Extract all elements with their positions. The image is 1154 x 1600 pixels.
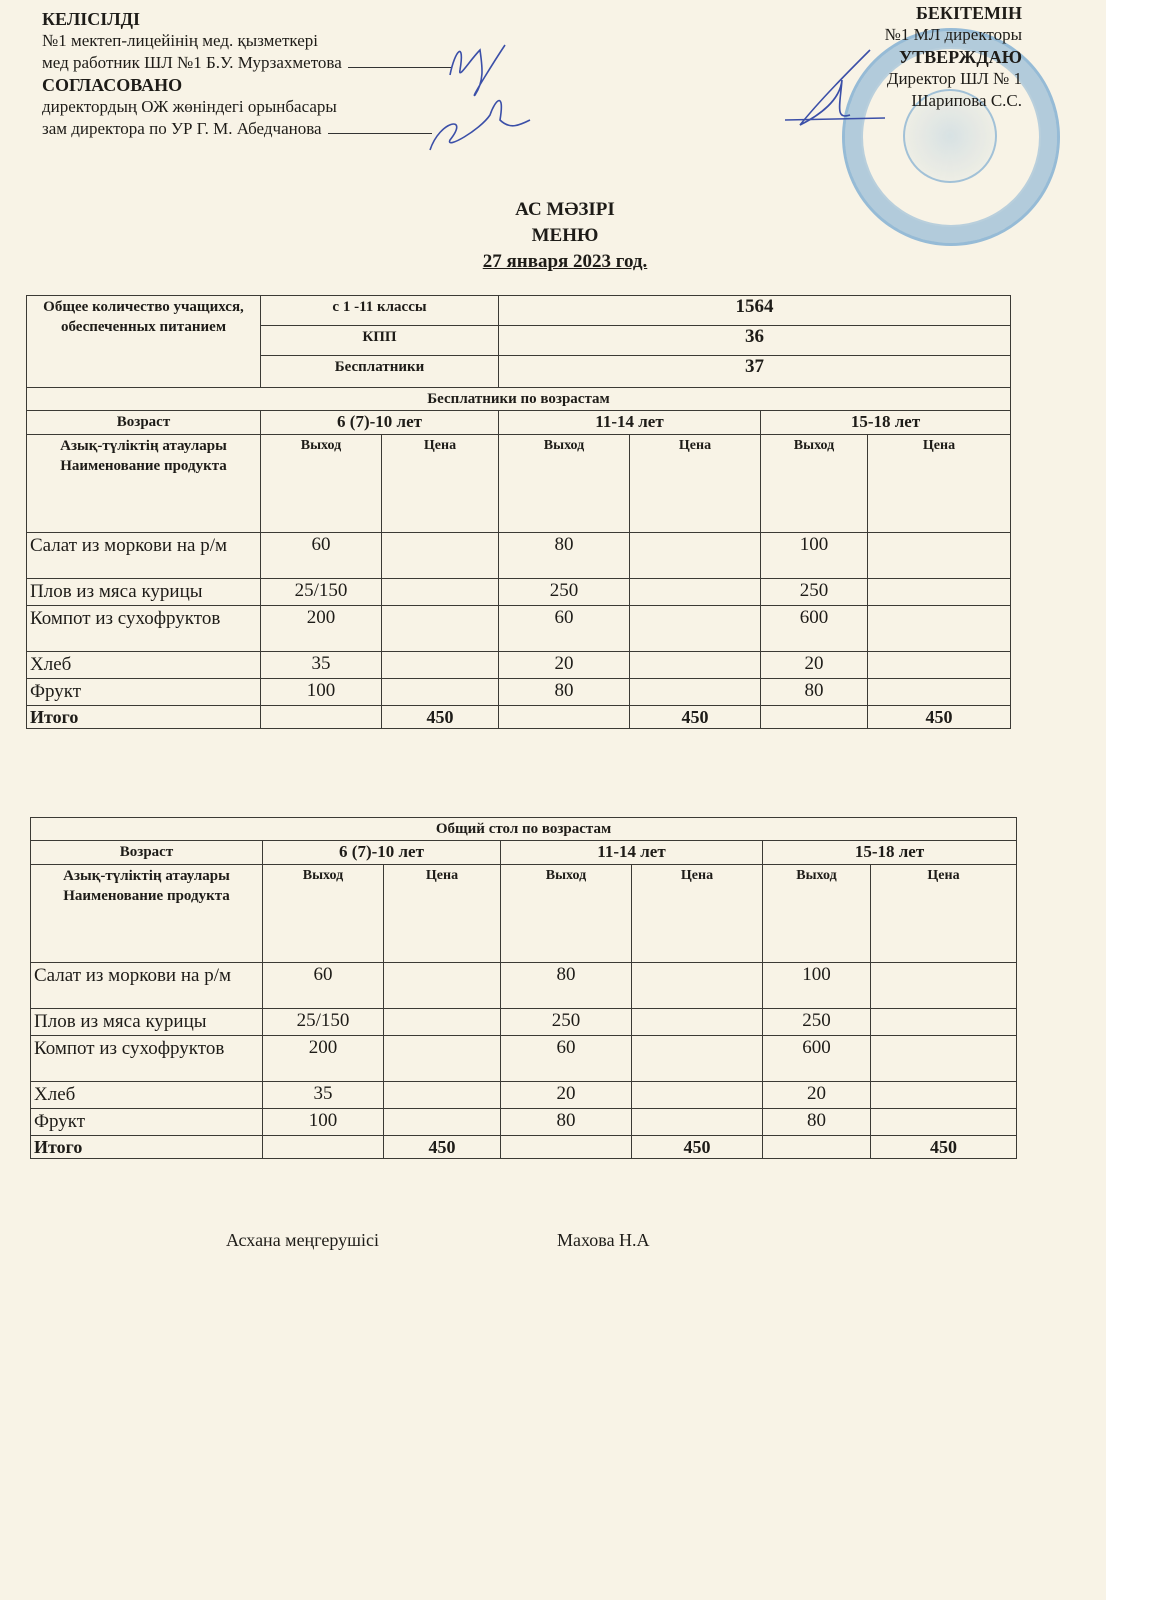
yield-cell: 250 <box>499 579 630 606</box>
price-cell <box>382 652 499 679</box>
price-cell <box>384 1109 501 1136</box>
age-group-header: 6 (7)-10 лет <box>261 411 499 435</box>
yield-cell: 20 <box>763 1082 871 1109</box>
table-title: Бесплатники по возрастам <box>27 388 1011 411</box>
table-row: Салат из моркови на р/м6080100 <box>27 533 1011 579</box>
price-cell <box>630 679 761 706</box>
yield-cell: 80 <box>501 1109 632 1136</box>
product-name: Хлеб <box>27 652 261 679</box>
summary-row-value: 37 <box>499 356 1011 388</box>
yield-cell: 80 <box>499 533 630 579</box>
price-cell <box>382 679 499 706</box>
price-cell <box>871 963 1017 1009</box>
price-cell <box>632 1009 763 1036</box>
total-cell: 450 <box>384 1136 501 1159</box>
age-label: Возраст <box>31 841 263 865</box>
product-name: Фрукт <box>27 679 261 706</box>
total-cell <box>501 1136 632 1159</box>
product-name: Хлеб <box>31 1082 263 1109</box>
director-ru: Директор ШЛ № 1 <box>885 68 1022 90</box>
sub-header: Выход <box>261 435 382 533</box>
table-row: Фрукт1008080 <box>31 1109 1017 1136</box>
total-cell: 450 <box>632 1136 763 1159</box>
price-cell <box>868 579 1011 606</box>
price-cell <box>384 1009 501 1036</box>
yield-cell: 60 <box>263 963 384 1009</box>
price-cell <box>382 533 499 579</box>
total-cell: 450 <box>868 706 1011 729</box>
age-group-header: 15-18 лет <box>763 841 1017 865</box>
product-header: Азық-түліктің атаулары Наименование прод… <box>31 865 263 963</box>
price-cell <box>630 533 761 579</box>
director-signature-icon <box>780 40 890 140</box>
table-row: Компот из сухофруктов20060600 <box>27 606 1011 652</box>
canteen-head-role: Асхана меңгерушісі <box>226 1230 379 1251</box>
sub-header: Цена <box>630 435 761 533</box>
price-cell <box>871 1036 1017 1082</box>
yield-cell: 35 <box>263 1082 384 1109</box>
age-label: Возраст <box>27 411 261 435</box>
price-cell <box>630 579 761 606</box>
yield-cell: 100 <box>261 679 382 706</box>
yield-cell: 250 <box>761 579 868 606</box>
summary-row-value: 36 <box>499 326 1011 356</box>
yield-cell: 20 <box>501 1082 632 1109</box>
price-cell <box>632 1109 763 1136</box>
free-meals-table: Общее количество учащихся, обеспеченных … <box>26 295 1011 729</box>
deputy-kz: директордың ОЖ жөніндегі орынбасары <box>42 96 452 118</box>
yield-cell: 20 <box>761 652 868 679</box>
director-kz: №1 МЛ директоры <box>885 24 1022 46</box>
price-cell <box>871 1109 1017 1136</box>
yield-cell: 80 <box>761 679 868 706</box>
price-cell <box>382 579 499 606</box>
total-label: Итого <box>27 706 261 729</box>
table-row: Фрукт1008080 <box>27 679 1011 706</box>
summary-row-label: с 1 -11 классы <box>261 296 499 326</box>
sub-header: Выход <box>499 435 630 533</box>
yield-cell: 25/150 <box>263 1009 384 1036</box>
table-row: Плов из мяса курицы25/150250250 <box>31 1009 1017 1036</box>
table-row: Плов из мяса курицы25/150250250 <box>27 579 1011 606</box>
total-cell <box>263 1136 384 1159</box>
price-cell <box>868 652 1011 679</box>
yield-cell: 20 <box>499 652 630 679</box>
agreement-block: КЕЛІСІЛДІ №1 мектеп-лицейінің мед. қызме… <box>42 8 452 140</box>
yield-cell: 25/150 <box>261 579 382 606</box>
yield-cell: 60 <box>501 1036 632 1082</box>
med-worker-ru: мед работник ШЛ №1 Б.У. Мурзахметова <box>42 52 452 74</box>
total-cell: 450 <box>382 706 499 729</box>
sub-header: Выход <box>763 865 871 963</box>
total-row: Итого450450450 <box>27 706 1011 729</box>
total-cell <box>763 1136 871 1159</box>
approval-block: БЕКІТЕМІН №1 МЛ директоры УТВЕРЖДАЮ Дире… <box>885 2 1022 112</box>
table-row: Хлеб352020 <box>31 1082 1017 1109</box>
product-header: Азық-түліктің атаулары Наименование прод… <box>27 435 261 533</box>
yield-cell: 80 <box>501 963 632 1009</box>
product-name: Компот из сухофруктов <box>31 1036 263 1082</box>
price-cell <box>871 1082 1017 1109</box>
table-row: Салат из моркови на р/м6080100 <box>31 963 1017 1009</box>
product-name: Фрукт <box>31 1109 263 1136</box>
approved-kz-heading: КЕЛІСІЛДІ <box>42 8 452 30</box>
age-group-header: 6 (7)-10 лет <box>263 841 501 865</box>
total-cell <box>261 706 382 729</box>
general-table: Общий стол по возрастамВозраст6 (7)-10 л… <box>30 817 1017 1159</box>
summary-row-label: КПП <box>261 326 499 356</box>
sub-header: Цена <box>632 865 763 963</box>
sub-header: Выход <box>761 435 868 533</box>
deputy-ru: зам директора по УР Г. М. Абедчанова <box>42 118 452 140</box>
yield-cell: 60 <box>499 606 630 652</box>
director-name: Шарипова С.С. <box>885 90 1022 112</box>
price-cell <box>384 1082 501 1109</box>
title-ru: МЕНЮ <box>0 223 1130 249</box>
yield-cell: 250 <box>501 1009 632 1036</box>
table-row: Компот из сухофруктов20060600 <box>31 1036 1017 1082</box>
product-name: Компот из сухофруктов <box>27 606 261 652</box>
yield-cell: 100 <box>763 963 871 1009</box>
yield-cell: 100 <box>263 1109 384 1136</box>
yield-cell: 60 <box>261 533 382 579</box>
title-kz: АС МӘЗІРІ <box>0 197 1130 223</box>
product-name: Плов из мяса курицы <box>31 1009 263 1036</box>
yield-cell: 600 <box>763 1036 871 1082</box>
price-cell <box>632 1036 763 1082</box>
signature-icon <box>410 20 540 170</box>
approve-kz-heading: БЕКІТЕМІН <box>885 2 1022 24</box>
agreed-ru-heading: СОГЛАСОВАНО <box>42 74 452 96</box>
sub-header: Цена <box>868 435 1011 533</box>
age-group-header: 15-18 лет <box>761 411 1011 435</box>
price-cell <box>868 533 1011 579</box>
table-row: Хлеб352020 <box>27 652 1011 679</box>
price-cell <box>384 963 501 1009</box>
sub-header: Цена <box>384 865 501 963</box>
sub-header: Выход <box>263 865 384 963</box>
approve-ru-heading: УТВЕРЖДАЮ <box>885 46 1022 68</box>
age-group-header: 11-14 лет <box>499 411 761 435</box>
yield-cell: 35 <box>261 652 382 679</box>
canteen-head-name: Махова Н.А <box>557 1230 650 1251</box>
yield-cell: 100 <box>761 533 868 579</box>
price-cell <box>868 679 1011 706</box>
total-cell <box>499 706 630 729</box>
price-cell <box>382 606 499 652</box>
product-name: Плов из мяса курицы <box>27 579 261 606</box>
sub-header: Цена <box>382 435 499 533</box>
yield-cell: 80 <box>763 1109 871 1136</box>
yield-cell: 200 <box>263 1036 384 1082</box>
yield-cell: 250 <box>763 1009 871 1036</box>
med-worker-kz: №1 мектеп-лицейінің мед. қызметкері <box>42 30 452 52</box>
price-cell <box>384 1036 501 1082</box>
menu-title: АС МӘЗІРІ МЕНЮ 27 января 2023 год. <box>0 197 1130 275</box>
price-cell <box>871 1009 1017 1036</box>
age-group-header: 11-14 лет <box>501 841 763 865</box>
yield-cell: 600 <box>761 606 868 652</box>
summary-row-label: Бесплатники <box>261 356 499 388</box>
price-cell <box>632 963 763 1009</box>
yield-cell: 80 <box>499 679 630 706</box>
total-cell <box>761 706 868 729</box>
sub-header: Выход <box>501 865 632 963</box>
price-cell <box>630 652 761 679</box>
price-cell <box>632 1082 763 1109</box>
price-cell <box>868 606 1011 652</box>
product-name: Салат из моркови на р/м <box>31 963 263 1009</box>
table-title: Общий стол по возрастам <box>31 818 1017 841</box>
yield-cell: 200 <box>261 606 382 652</box>
price-cell <box>630 606 761 652</box>
total-cell: 450 <box>630 706 761 729</box>
total-label: Итого <box>31 1136 263 1159</box>
summary-row-value: 1564 <box>499 296 1011 326</box>
total-cell: 450 <box>871 1136 1017 1159</box>
product-name: Салат из моркови на р/м <box>27 533 261 579</box>
total-row: Итого450450450 <box>31 1136 1017 1159</box>
summary-label: Общее количество учащихся, обеспеченных … <box>27 296 261 388</box>
menu-date: 27 января 2023 год. <box>0 249 1130 275</box>
sub-header: Цена <box>871 865 1017 963</box>
